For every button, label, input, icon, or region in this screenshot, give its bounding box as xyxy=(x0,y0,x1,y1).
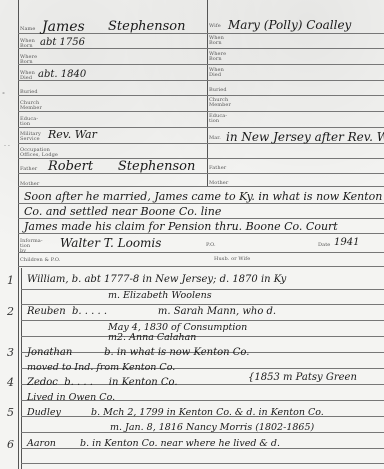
child-rule xyxy=(21,463,384,464)
when-died-value: abt. 1840 xyxy=(38,69,86,80)
child-number: 1 xyxy=(7,274,14,287)
info-rule xyxy=(18,252,384,253)
children-header-label: Children & P.O. xyxy=(20,258,60,263)
child-number: 3 xyxy=(7,346,14,359)
spouse-header-label: Husb. or Wife xyxy=(214,257,250,262)
wife-where-born-label: Where Born xyxy=(209,52,223,62)
child-line: m. Elizabeth Woolens xyxy=(108,290,212,301)
when-born-label: When Born xyxy=(20,39,34,49)
child-line: Jonathan b. in what is now Kenton Co. xyxy=(27,347,249,358)
row-rule xyxy=(18,64,384,65)
marriage-value: in New Jersey after Rev. War xyxy=(226,130,384,144)
children-header-rule xyxy=(18,266,384,267)
note-rule xyxy=(18,203,384,204)
note-line-1: Soon after he married, James came to Ky.… xyxy=(24,190,382,203)
child-number: 4 xyxy=(7,376,14,389)
information-by-label: Informa-tion by xyxy=(20,239,34,254)
child-line: William, b. abt 1777-8 in New Jersey; d.… xyxy=(27,274,286,285)
child-number: 5 xyxy=(7,406,14,419)
name-label: Name xyxy=(20,27,35,32)
row-rule xyxy=(18,95,384,96)
child-line: {1853 m Patsy Green xyxy=(248,372,357,383)
child-number: 6 xyxy=(7,438,14,451)
note-rule xyxy=(18,233,384,234)
wife-buried-label: Buried xyxy=(209,88,227,93)
child-line: Reuben b. . . . . m. Sarah Mann, who d. xyxy=(27,306,276,317)
education-label: Educa-tion xyxy=(20,117,34,127)
mother-label: Mother xyxy=(20,182,39,187)
row-rule xyxy=(18,48,384,49)
margin-mark: - - xyxy=(4,142,10,149)
when-died-label: When Died xyxy=(20,71,34,81)
church-member-label: Church Member xyxy=(20,101,38,111)
father-value: Robert Stephenson xyxy=(48,159,195,174)
child-line: Zedoc b. . . . in Kenton Co. xyxy=(27,377,178,388)
date-label: Date xyxy=(318,243,330,248)
genealogy-record-page: ° - - Name When Born Where Born When Die… xyxy=(0,0,384,469)
marriage-label: Mar. xyxy=(209,136,221,141)
wife-name-value: Mary (Polly) Coalley xyxy=(228,18,351,32)
father-label: Father xyxy=(20,167,37,172)
child-line: moved to Ind. from Kenton Co. xyxy=(27,362,175,373)
left-margin-rule xyxy=(18,0,19,469)
note-rule xyxy=(18,218,384,219)
military-service-label: Military Service xyxy=(20,132,38,142)
information-by-value: Walter T. Loomis xyxy=(60,236,161,250)
child-rule xyxy=(21,336,384,337)
child-number: 2 xyxy=(7,305,14,318)
wife-father-label: Father xyxy=(209,166,226,171)
wife-mother-label: Mother xyxy=(209,181,228,186)
where-born-label: Where Born xyxy=(20,55,34,65)
child-rule xyxy=(21,320,384,321)
child-line: Dudley b. Mch 2, 1799 in Kenton Co. & d.… xyxy=(27,407,324,418)
child-line: Aaron b. in Kenton Co. near where he liv… xyxy=(27,438,280,449)
military-service-value: Rev. War xyxy=(48,128,97,141)
row-rule xyxy=(18,111,384,112)
when-born-value: abt 1756 xyxy=(40,37,85,48)
child-line: m2. Anna Calahan xyxy=(108,332,196,343)
wife-when-died-label: When Died xyxy=(209,68,223,78)
wife-education-label: Educa-tion xyxy=(209,114,223,124)
row-rule xyxy=(18,80,384,81)
wife-label: Wife xyxy=(209,24,221,29)
child-rule xyxy=(21,304,384,305)
child-line: Lived in Owen Co. xyxy=(27,392,115,403)
po-label: P.O. xyxy=(206,243,216,248)
note-line-2: Co. and settled near Boone Co. line xyxy=(24,205,221,218)
wife-church-member-label: Church Member xyxy=(209,98,227,108)
row-rule xyxy=(18,186,384,187)
name-last-value: Stephenson xyxy=(108,19,185,34)
date-value: 1941 xyxy=(334,237,359,248)
buried-label: Buried xyxy=(20,90,38,95)
child-line: m. Jan. 8, 1816 Nancy Morris (1802-1865) xyxy=(110,422,314,433)
occupation-label: Occupation Offices, Lodge xyxy=(20,148,60,158)
margin-mark: ° xyxy=(2,92,5,99)
wife-when-born-label: When Born xyxy=(209,36,223,46)
note-line-3: James made his claim for Pension thru. B… xyxy=(24,220,338,233)
name-first-value: James xyxy=(42,19,85,35)
